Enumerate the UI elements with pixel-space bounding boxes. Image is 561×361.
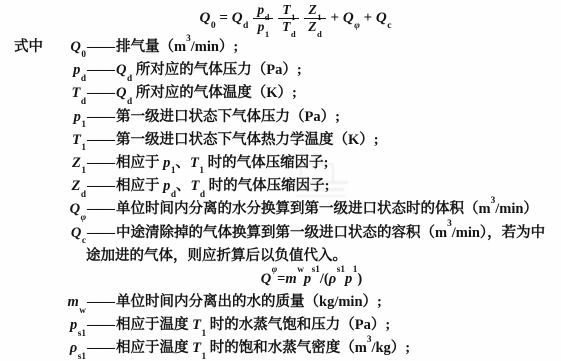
em-dash: —— (87, 337, 114, 360)
definition-row-rhos1: ρs1 —— 相应于温度 T1 时的饱和水蒸气密度（m3/kg）; (0, 337, 561, 360)
definition-text: 第一级进口状态下气体压力（Pa）; (116, 106, 340, 129)
symbol-td: Td (0, 82, 86, 105)
definition-row-td: Td —— Qd 所对应的气体温度（K）; (0, 82, 561, 105)
definition-row-p1: p1 —— 第一级进口状态下气体压力（Pa）; (0, 106, 561, 129)
definition-text: 中途清除掉的气体换算到第一级进口状态的容积（m3/min），若为中 (116, 222, 545, 245)
symbol-q0: Q0 (0, 36, 86, 59)
symbol-pd: pd (0, 59, 86, 82)
symbol-z1: Z1 (0, 152, 86, 175)
sub-formula: Qφ = mwps1/(ρs1p1) (31, 268, 561, 291)
em-dash: —— (87, 222, 114, 245)
definition-row-mw: mw —— 单位时间内分离出的水的质量（kg/min）; (0, 291, 561, 314)
definition-row-ps1: ps1 —— 相应于温度 T1 时的水蒸气饱和压力（Pa）; (0, 314, 561, 337)
definition-text: 单位时间内分离出的水的质量（kg/min）; (116, 291, 382, 314)
definition-text: Qd 所对应的气体压力（Pa）; (116, 59, 302, 82)
fraction-numerator: pd (253, 3, 273, 19)
where-label: 式中 (14, 36, 43, 59)
em-dash: —— (87, 129, 114, 152)
em-dash: —— (87, 175, 114, 198)
symbol-qc: Qc (0, 222, 86, 245)
em-dash: —— (87, 314, 114, 337)
symbol-p1: p1 (0, 106, 86, 129)
document-page: Q0 = Qd pd p1 T1 Td Z1 Zd + Qφ + Qc 式中 Q… (0, 0, 561, 361)
symbol-qphi: Qφ (0, 198, 86, 221)
definition-text: 相应于温度 T1 时的饱和水蒸气密度（m3/kg）; (116, 337, 410, 360)
em-dash: —— (87, 106, 114, 129)
definition-text: 单位时间内分离的水分换算到第一级进口状态时的体积（m3/min） (116, 198, 538, 221)
definition-row-qphi: Qφ —— 单位时间内分离的水分换算到第一级进口状态时的体积（m3/min） (0, 198, 561, 221)
em-dash: —— (87, 291, 114, 314)
definition-text: 相应于温度 T1 时的水蒸气饱和压力（Pa）; (116, 314, 390, 337)
fraction-z1-zd: Z1 Zd (304, 3, 325, 34)
main-formula: Q0 = Qd pd p1 T1 Td Z1 Zd + Qφ + Qc (15, 0, 561, 36)
definition-continuation: 途加进的气体，则应折算后以负值代入。 (0, 245, 561, 268)
definition-row-z1: Z1 —— 相应于 p1、T1 时的气体压缩因子; (0, 152, 561, 175)
symbol-mw: mw (0, 291, 86, 314)
symbol-zd: Zd (0, 175, 86, 198)
definition-row-q0: 式中 Q0 —— 排气量（m3/min）; (0, 36, 561, 59)
definition-text: 相应于 pd、Td 时的气体压缩因子; (116, 175, 330, 198)
symbol-rhos1: ρs1 (0, 337, 86, 360)
symbol-t1: T1 (0, 129, 86, 152)
em-dash: —— (87, 152, 114, 175)
fraction-numerator: T1 (278, 3, 299, 19)
definition-row-pd: pd —— Qd 所对应的气体压力（Pa）; (0, 59, 561, 82)
fraction-pd-p1: pd p1 (253, 3, 273, 34)
em-dash: —— (87, 82, 114, 105)
definition-text: Qd 所对应的气体温度（K）; (116, 82, 297, 105)
definition-text: 排气量（m3/min）; (116, 36, 238, 59)
symbol-ps1: ps1 (0, 314, 86, 337)
em-dash: —— (87, 36, 114, 59)
definition-text: 相应于 p1、T1 时的气体压缩因子; (116, 152, 328, 175)
em-dash: —— (87, 198, 114, 221)
definition-row-qc: Qc —— 中途清除掉的气体换算到第一级进口状态的容积（m3/min），若为中 (0, 222, 561, 245)
definition-text: 第一级进口状态下气体热力学温度（K）; (116, 129, 379, 152)
em-dash: —— (87, 59, 114, 82)
definition-row-t1: T1 —— 第一级进口状态下气体热力学温度（K）; (0, 129, 561, 152)
formula-lhs: Q0 = Qd (199, 10, 248, 27)
definition-row-zd: Zd —— 相应于 pd、Td 时的气体压缩因子; (0, 175, 561, 198)
fraction-numerator: Z1 (304, 3, 325, 19)
formula-tail: + Qφ + Qc (331, 10, 392, 27)
fraction-t1-td: T1 Td (278, 3, 299, 34)
